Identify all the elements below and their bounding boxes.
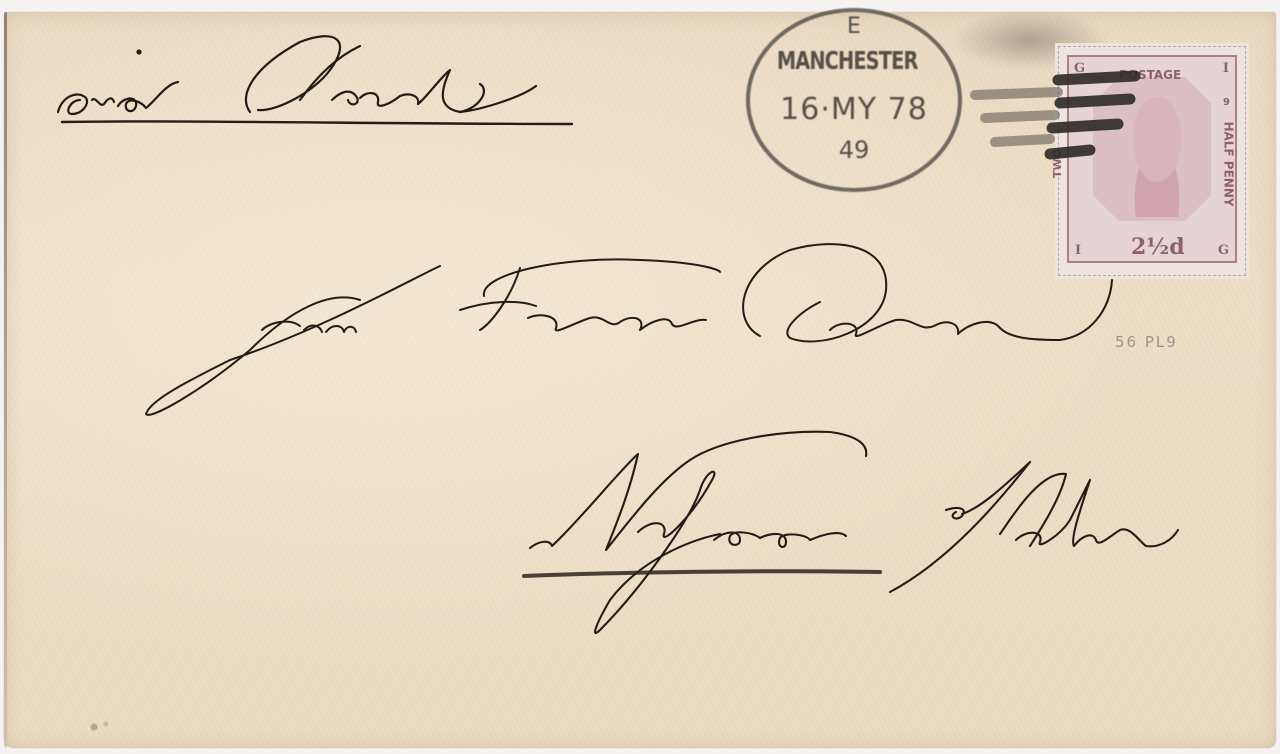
postmark-town: MANCHESTER — [756, 46, 938, 75]
foxing-stain — [64, 712, 124, 742]
address-region: a/Lahn — [940, 480, 1135, 545]
stamp-left-label: TWO — [1051, 149, 1064, 178]
address-city: Nassau — [530, 480, 754, 550]
postage-stamp: POSTAGE TWO HALF PENNY 2½d G I I G 9 — [1058, 46, 1246, 276]
stamp-corner-top-left: G — [1074, 61, 1085, 76]
address-name: Franz Devora — [470, 270, 884, 340]
address-salutation: Herrn — [150, 280, 322, 345]
manchester-postmark: E MANCHESTER 16·MY 78 49 — [746, 8, 962, 192]
queen-portrait-icon — [1113, 97, 1193, 217]
pencil-catalog-note: 56 PL9 — [1115, 333, 1178, 351]
stamp-plate-number: 9 — [1223, 97, 1230, 108]
stamp-corner-bottom-right: G — [1218, 243, 1229, 258]
postmark-date: 16·MY 78 — [750, 92, 958, 127]
stamp-corner-bottom-left: I — [1075, 243, 1081, 258]
stamp-corner-top-right: I — [1223, 61, 1229, 76]
stamp-right-label: HALF PENNY — [1221, 121, 1235, 206]
postmark-top-letter: E — [750, 14, 958, 39]
stamp-postage-label: POSTAGE — [1119, 68, 1181, 82]
stamp-frame: POSTAGE TWO HALF PENNY 2½d G I I G 9 — [1067, 55, 1237, 263]
stamp-value: 2½d — [1131, 234, 1185, 260]
postmark-code: 49 — [750, 136, 958, 164]
routing-note: via Ostende — [56, 60, 344, 116]
